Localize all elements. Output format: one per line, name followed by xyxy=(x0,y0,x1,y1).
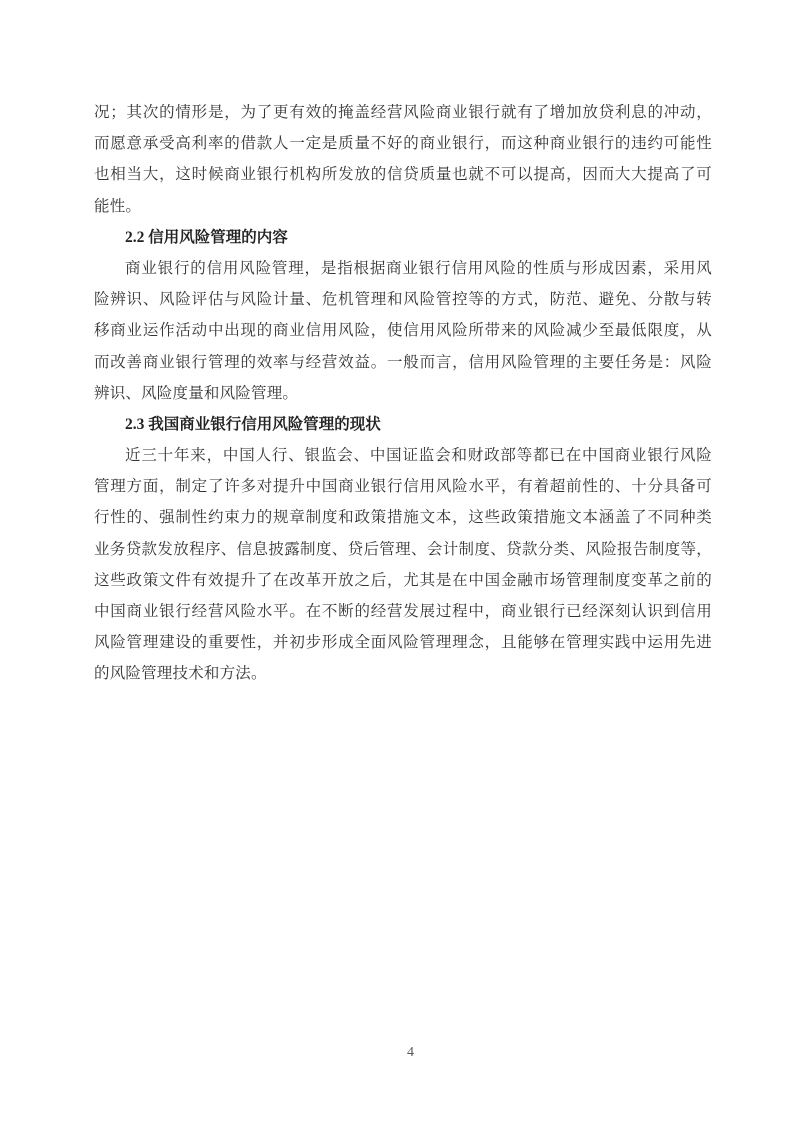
paragraph-line: 业务贷款发放程序、信息披露制度、贷后管理、会计制度、贷款分类、风险报告制度等， xyxy=(94,534,712,565)
paragraph-line: 险辨识、风险评估与风险计量、危机管理和风险管控等的方式，防范、避免、分散与转 xyxy=(94,284,712,315)
paragraph-line: 中国商业银行经营风险水平。在不断的经营发展过程中，商业银行已经深刻认识到信用 xyxy=(94,596,712,627)
section-heading-2-2: 2.2 信用风险管理的内容 xyxy=(94,222,712,253)
paragraph-line: 辨识、风险度量和风险管理。 xyxy=(94,378,712,409)
paragraph-line: 风险管理建设的重要性，并初步形成全面风险管理理念，且能够在管理实践中运用先进 xyxy=(94,627,712,658)
section-heading-2-3: 2.3 我国商业银行信用风险管理的现状 xyxy=(94,409,712,440)
paragraph-line: 的风险管理技术和方法。 xyxy=(94,658,712,689)
paragraph-line: 也相当大，这时候商业银行机构所发放的信贷质量也就不可以提高，因而大大提高了可 xyxy=(94,159,712,190)
paragraph-line: 移商业运作活动中出现的商业信用风险，使信用风险所带来的风险减少至最低限度，从 xyxy=(94,315,712,346)
document-page: 况；其次的情形是，为了更有效的掩盖经营风险商业银行就有了增加放贷利息的冲动， 而… xyxy=(0,0,793,1122)
paragraph-line: 近三十年来，中国人行、银监会、中国证监会和财政部等都已在中国商业银行风险 xyxy=(94,440,712,471)
paragraph-line: 这些政策文件有效提升了在改革开放之后，尤其是在中国金融市场管理制度变革之前的 xyxy=(94,565,712,596)
page-number: 4 xyxy=(14,1044,793,1062)
paragraph-line: 况；其次的情形是，为了更有效的掩盖经营风险商业银行就有了增加放贷利息的冲动， xyxy=(94,97,712,128)
text-block: 况；其次的情形是，为了更有效的掩盖经营风险商业银行就有了增加放贷利息的冲动， 而… xyxy=(94,97,712,690)
paragraph-line: 管理方面，制定了许多对提升中国商业银行信用风险水平，有着超前性的、十分具备可 xyxy=(94,471,712,502)
paragraph-line: 能性。 xyxy=(94,191,712,222)
paragraph-line: 行性的、强制性约束力的规章制度和政策措施文本，这些政策措施文本涵盖了不同种类 xyxy=(94,502,712,533)
paragraph-line: 商业银行的信用风险管理，是指根据商业银行信用风险的性质与形成因素，采用风 xyxy=(94,253,712,284)
paragraph-line: 而愿意承受高利率的借款人一定是质量不好的商业银行，而这种商业银行的违约可能性 xyxy=(94,128,712,159)
paragraph-line: 而改善商业银行管理的效率与经营效益。一般而言，信用风险管理的主要任务是：风险 xyxy=(94,347,712,378)
